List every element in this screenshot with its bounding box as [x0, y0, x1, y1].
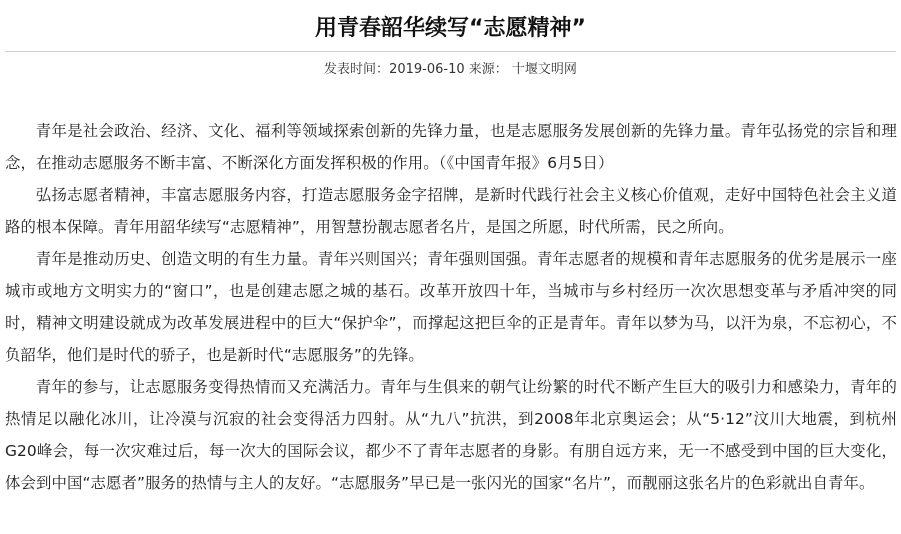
publish-date: 2019-06-10	[389, 62, 465, 77]
paragraph: 弘扬志愿者精神，丰富志愿服务内容，打造志愿服务金字招牌，是新时代践行社会主义核心…	[5, 179, 897, 243]
publish-date-label: 发表时间：	[324, 62, 389, 77]
title-divider	[5, 51, 896, 52]
source-name: 十堰文明网	[512, 62, 577, 77]
paragraph: 青年的参与，让志愿服务变得热情而又充满活力。青年与生俱来的朝气让纷繁的时代不断产…	[5, 371, 897, 499]
article-title: 用青春韶华续写“志愿精神”	[0, 0, 901, 44]
source-label: 来源：	[469, 62, 508, 77]
paragraph: 青年是社会政治、经济、文化、福利等领域探索创新的先锋力量，也是志愿服务发展创新的…	[5, 115, 897, 179]
article: 用青春韶华续写“志愿精神” 发表时间：2019-06-10 来源： 十堰文明网 …	[0, 0, 901, 80]
article-meta: 发表时间：2019-06-10 来源： 十堰文明网	[0, 60, 901, 80]
paragraph: 青年是推动历史、创造文明的有生力量。青年兴则国兴；青年强则国强。青年志愿者的规模…	[5, 243, 897, 371]
article-body: 青年是社会政治、经济、文化、福利等领域探索创新的先锋力量，也是志愿服务发展创新的…	[5, 115, 897, 499]
